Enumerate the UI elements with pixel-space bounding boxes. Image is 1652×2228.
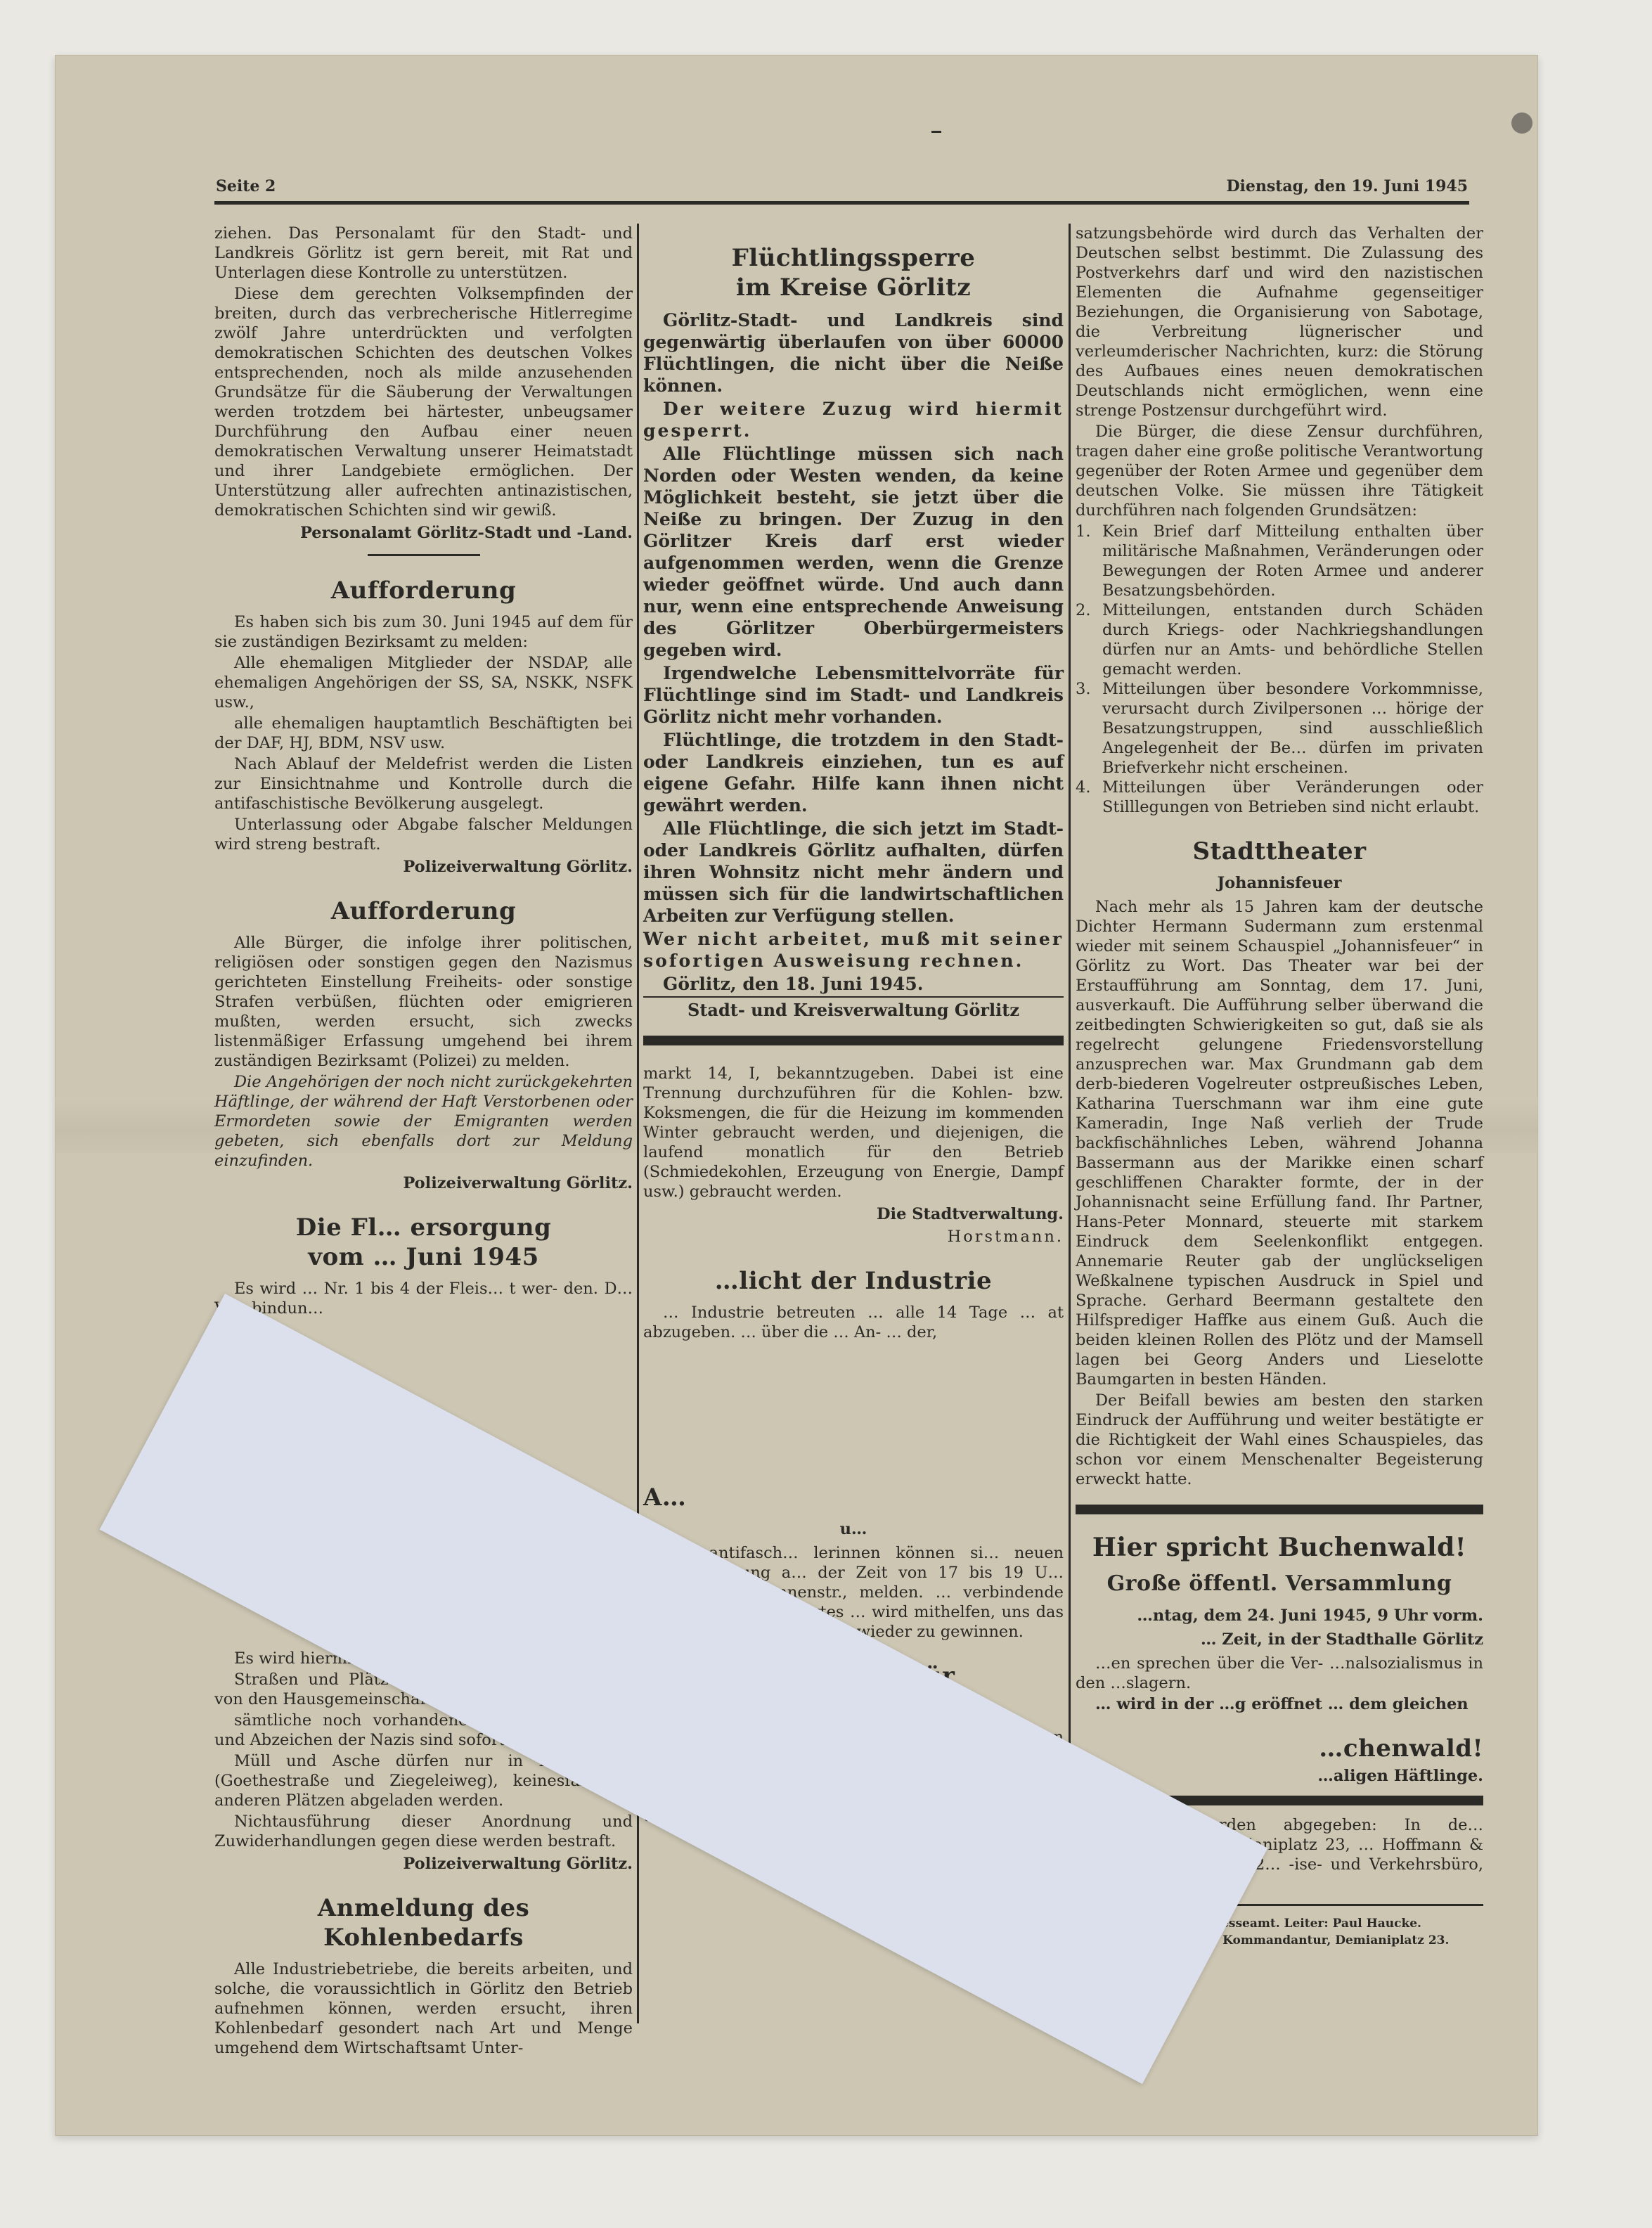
article-paragraph: Irgendwelche Lebensmittelvorräte für Flü…	[643, 662, 1064, 728]
lead-title: im Kreise Görlitz	[643, 273, 1064, 302]
issue-date: Dienstag, den 19. Juni 1945	[1226, 177, 1468, 195]
list-text: Kein Brief darf Mitteilung enthalten übe…	[1102, 522, 1483, 600]
article-paragraph: markt 14, I, bekanntzugeben. Dabei ist e…	[643, 1064, 1064, 1202]
article-paragraph: ziehen. Das Personalamt für den Stadt- u…	[214, 224, 633, 283]
article-title: Aufforderung	[214, 576, 633, 605]
list-text: Mitteilungen über besondere Vorkommnisse…	[1102, 679, 1483, 778]
article-paragraph: Der weitere Zuzug wird hiermit gesperrt.	[643, 398, 1064, 442]
article-signature: Die Stadtverwaltung.	[643, 1204, 1064, 1224]
list-number: 4.	[1076, 778, 1095, 817]
list-item: 4.Mitteilungen über Veränderungen oder S…	[1076, 778, 1483, 817]
censorship-rules-list: 1.Kein Brief darf Mitteilung enthalten ü…	[1076, 522, 1483, 817]
article-fragment: … Industrie betreuten … alle 14 Tage … a…	[643, 1303, 1064, 1342]
article-title: Anmeldung des Kohlenbedarfs	[214, 1893, 633, 1952]
article-subtitle: u…	[643, 1519, 1064, 1539]
list-number: 2.	[1076, 600, 1095, 679]
article-paragraph: Alle Bürger, die infolge ihrer politisch…	[214, 933, 633, 1071]
article-title: Aufforderung	[214, 896, 633, 926]
article-signature: Polizeiverwaltung Görlitz.	[214, 857, 633, 877]
list-item: 3.Mitteilungen über besondere Vorkommnis…	[1076, 679, 1483, 778]
ad-title: Hier spricht Buchenwald!	[1076, 1533, 1483, 1562]
article-title: Stadttheater	[1076, 837, 1483, 866]
article-paragraph: Alle Industriebetriebe, die bereits arbe…	[214, 1959, 633, 2058]
lead-title: Flüchtlingssperre	[643, 243, 1064, 273]
divider	[1076, 1505, 1483, 1514]
page-mark	[931, 131, 941, 133]
article-list-item: Alle ehemaligen Mitglieder der NSDAP, al…	[214, 653, 633, 712]
article-paragraph: Wer nicht arbeitet, muß mit seiner sofor…	[643, 928, 1064, 972]
article-paragraph: Die Bürger, die diese Zensur durchführen…	[1076, 422, 1483, 520]
article-paragraph: Alle Flüchtlinge, die sich jetzt im Stad…	[643, 818, 1064, 927]
lead-body: Görlitz-Stadt- und Landkreis sind gegenw…	[643, 309, 1064, 995]
article-paragraph: Unterlassung oder Abgabe falscher Meldun…	[214, 815, 633, 854]
article-signature: Stadt- und Kreisverwaltung Görlitz	[643, 996, 1064, 1020]
article-list-item: alle ehemaligen hauptamtlich Beschäftigt…	[214, 714, 633, 753]
article-title: …licht der Industrie	[643, 1266, 1064, 1296]
article-paragraph: Alle Flüchtlinge müssen sich nach Norden…	[643, 443, 1064, 661]
page-number: Seite 2	[216, 177, 276, 195]
article-signature: Polizeiverwaltung Görlitz.	[214, 1854, 633, 1874]
article-dateline: Görlitz, den 18. Juni 1945.	[643, 973, 1064, 995]
ad-location: … Zeit, in der Stadthalle Görlitz	[1076, 1630, 1483, 1649]
article-paragraph: Der Beifall bewies am besten den starken…	[1076, 1391, 1483, 1489]
article-signature: Personalamt Görlitz-Stadt und -Land.	[214, 523, 633, 543]
ad-fragment: … wird in der …g eröffnet … dem gleichen	[1076, 1694, 1483, 1714]
article-title: vom … Juni 1945	[214, 1242, 633, 1272]
article-title: A…	[643, 1483, 1064, 1512]
article-fragment: Es wird … Nr. 1 bis 4 der Fleis… t wer- …	[214, 1279, 633, 1318]
divider	[368, 554, 480, 556]
list-text: Mitteilungen über Veränderungen oder Sti…	[1102, 778, 1483, 817]
article-paragraph: Nach mehr als 15 Jahren kam der deutsche…	[1076, 897, 1483, 1389]
list-item: 2.Mitteilungen, entstanden durch Schäden…	[1076, 600, 1483, 679]
column-right: satzungsbehörde wird durch das Verhalten…	[1076, 224, 1483, 1950]
article-paragraph: Die Angehörigen der noch nicht zurückgek…	[214, 1072, 633, 1171]
article-signature: Horstmann.	[643, 1227, 1064, 1247]
article-paragraph: Es haben sich bis zum 30. Juni 1945 auf …	[214, 612, 633, 652]
article-paragraph: Diese dem gerechten Volksempfinden der b…	[214, 284, 633, 520]
ad-fragment: …en sprechen über die Ver- …nalsozialism…	[1076, 1654, 1483, 1693]
article-subtitle: Johannisfeuer	[1076, 873, 1483, 893]
list-number: 1.	[1076, 522, 1095, 600]
page-header: Seite 2 Dienstag, den 19. Juni 1945	[214, 173, 1469, 205]
ad-title: …chenwald!	[1076, 1734, 1483, 1763]
list-number: 3.	[1076, 679, 1095, 778]
column-left: ziehen. Das Personalamt für den Stadt- u…	[214, 224, 633, 2059]
article-signature: Polizeiverwaltung Görlitz.	[214, 1173, 633, 1193]
article-paragraph: Flüchtlinge, die trotzdem in den Stadt- …	[643, 729, 1064, 816]
paper-hole	[1511, 112, 1532, 134]
ad-subtitle: Große öffentl. Versammlung	[1076, 1569, 1483, 1599]
article-title: Die Fl… ersorgung	[214, 1213, 633, 1242]
divider	[643, 1036, 1064, 1045]
article-paragraph: Görlitz-Stadt- und Landkreis sind gegenw…	[643, 309, 1064, 397]
list-text: Mitteilungen, entstanden durch Schäden d…	[1102, 600, 1483, 679]
article-paragraph: Nichtausführung dieser Anordnung und Zuw…	[214, 1812, 633, 1851]
article-paragraph: Nach Ablauf der Meldefrist werden die Li…	[214, 754, 633, 813]
article-paragraph: satzungsbehörde wird durch das Verhalten…	[1076, 224, 1483, 420]
ad-date: …ntag, dem 24. Juni 1945, 9 Uhr vorm.	[1076, 1606, 1483, 1625]
list-item: 1.Kein Brief darf Mitteilung enthalten ü…	[1076, 522, 1483, 600]
